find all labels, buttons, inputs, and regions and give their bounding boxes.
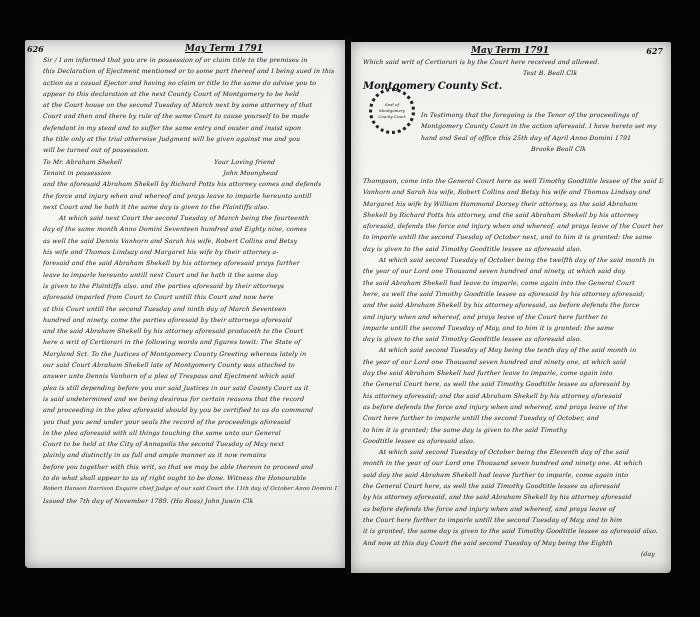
text-line: And now at this day Court the said secon… [363,538,664,549]
text-line: the said Abraham Shekell had leave to im… [363,278,664,289]
catchword: (day [363,549,664,560]
addressee-line: To Mr. Abraham Shekell Your Loving frien… [43,157,340,168]
text-line: his attorney aforesaid; and the said Abr… [363,391,664,402]
text-line: imparle untill the second Tuesday of May… [363,323,664,334]
county-heading: Montgomery County Sct. [363,80,663,94]
text-line: the force and injury when and whereof an… [43,191,340,202]
text-line: this Declaration of Ejectment mentioned … [43,66,340,77]
text-line: the year of our Lord one Thousand seven … [363,266,664,277]
text-line: the title only at the trial otherwise Ju… [43,134,340,145]
to-line: To Mr. Abraham Shekell [43,159,123,166]
text-line: Sir / I am informed that you are in poss… [43,55,340,66]
text-line: day is given to the said Timothy Goodtit… [363,334,664,345]
text-line: leave to imparle hereunto untill next Co… [43,270,340,281]
text-line: day is given to the said Timothy Goodtit… [363,244,664,255]
text-line: At which said second Tuesday of October … [363,255,664,266]
page-header: May Term 1791 [471,46,549,56]
text-line: aforesaid imparled from Court to Court u… [43,292,340,303]
text-line: and the said Abraham Shekell by his atto… [43,326,340,337]
text-line: Vanhorn and Sarah his wife, Robert Colli… [363,187,664,198]
text-line: Court and then and there by rule of the … [43,111,340,122]
text-line: plea is still depending before you our s… [43,383,340,394]
text-line: Goodtitle lessee as aforesaid also. [363,436,664,447]
issued-signature-line: Issued the 7th day of November 1789. (Ho… [43,496,340,507]
tenant-line: Tenant in possession [43,170,112,177]
text-line: will be turned out of possession. [43,145,340,156]
text-line: Maryland Sct. To the Justices of Montgom… [43,349,340,360]
text-line: next Court and he hath it the same day i… [43,202,340,213]
text-line: hand and Seal of office this 25th day of… [421,133,662,144]
text-line: and the aforesaid Abraham Shekell by Ric… [43,179,340,190]
text-line: Robert Hanson Harrison Esquire chief Jud… [43,484,340,495]
tenant-signer-line: Tenant in possession John Moonyhead [43,168,340,179]
text-line: our said Court Abraham Shekell late of M… [43,360,340,371]
text-line: hundred and ninety. come the parties afo… [43,315,340,326]
text-line: is given to the Plaintiffs also. and the… [43,281,340,292]
text-line: to imparle untill the second Tuesday of … [363,232,664,243]
text-line: said day the said Abraham Shekell had le… [363,470,664,481]
text-line: it is granted, the same day is given to … [363,526,664,537]
text-line: and injury when and whereof, and prays l… [363,312,664,323]
certification-block: In Testimony that the foregoing is the T… [421,110,661,155]
text-line: action as a casual Ejector and having no… [43,78,340,89]
text-line: in the plea aforesaid with all things to… [43,428,340,439]
closing: Your Loving friend [124,159,275,166]
text-line: day of the same month Anno Domini Sevent… [43,224,340,235]
allowance-block: Which said writ of Certiorari is by the … [363,57,663,94]
text-line: At which said second Tuesday of May bein… [363,345,664,356]
certification-signer: Brooke Beall Clk [421,144,662,155]
text-line: Which said writ of Certiorari is by the … [363,57,664,68]
text-line: as before defends the force and injury w… [363,504,664,515]
text-line: Shekell by Richard Potts his attorney, a… [363,210,664,221]
county-seal-icon: Seal of Montgomery County Court [369,88,415,134]
text-line: month in the year of our Lord one Thousa… [363,458,664,469]
text-line: by his attorney aforesaid, and the said … [363,492,664,503]
test-signature: Test B. Beall Clk [363,68,664,79]
text-line: the General Court here, as well the said… [363,379,664,390]
text-line: appear to this declaration at the next C… [43,89,340,100]
text-line: day the said Abraham Shekell had further… [363,368,664,379]
text-line: you that you send under your seals the r… [43,417,340,428]
text-line: answer unto Dennis Vanhorn of a plea of … [43,371,340,382]
text-line: Thompson, come into the General Court he… [363,176,664,187]
text-line: the General Court here, as well the said… [363,481,664,492]
text-line: and proceeding in the plea aforesaid sho… [43,405,340,416]
text-line: plainly and distinctly in as full and am… [43,450,340,461]
text-line: as well the said Dennis Vanhorn and Sara… [43,236,340,247]
text-line: At which said second Tuesday of October … [363,447,664,458]
text-line: defendant in my stead and to suffer the … [43,123,340,134]
left-page: 626 May Term 1791 Sir / I am informed th… [25,40,345,568]
seal-text: County Court [378,114,405,120]
page-number: 627 [646,46,663,56]
text-line: aforesaid, defends the force and injury … [363,221,664,232]
text-line: Margaret his wife by William Hammond Dor… [363,199,664,210]
text-line: his wife and Thomas Lindsay and Margaret… [43,247,340,258]
text-line: as before defends the force and injury w… [363,402,664,413]
proceedings-text: Thompson, come into the General Court he… [363,176,663,560]
text-line: at this Court untill the second Tuesday … [43,304,340,315]
page-number: 626 [27,44,44,54]
page-header: May Term 1791 [185,44,263,54]
text-line: before you together with this writ, so t… [43,462,340,473]
text-line: In Testimony that the foregoing is the T… [421,110,662,121]
text-line: and the said Abraham Shekell by his atto… [363,300,664,311]
text-line: here a writ of Certiorari in the followi… [43,337,340,348]
right-page: 627 May Term 1791 Which said writ of Cer… [351,42,671,573]
text-line: Court to be held at the City of Annapoli… [43,439,340,450]
text-line: to do what shall appear to us of right o… [43,473,340,484]
signer: John Moonyhead [113,170,278,177]
text-line: here, as well the said Timothy Goodtitle… [363,289,664,300]
notice-text: Sir / I am informed that you are in poss… [43,55,339,507]
text-line: foresaid and the said Abraham Shekell by… [43,258,340,269]
text-line: the Court here further to imparle untill… [363,515,664,526]
text-line: to him it is granted; the same day is gi… [363,425,664,436]
text-line: Court here further to imparle untill the… [363,413,664,424]
text-line: the year of our Lord one Thousand seven … [363,357,664,368]
text-line: Montgomery County Court in the action af… [421,121,662,132]
text-line: at the Court house on the second Tuesday… [43,100,340,111]
text-line: At which said next Court the second Tues… [43,213,340,224]
text-line: is said undetermined and we being desiro… [43,394,340,405]
